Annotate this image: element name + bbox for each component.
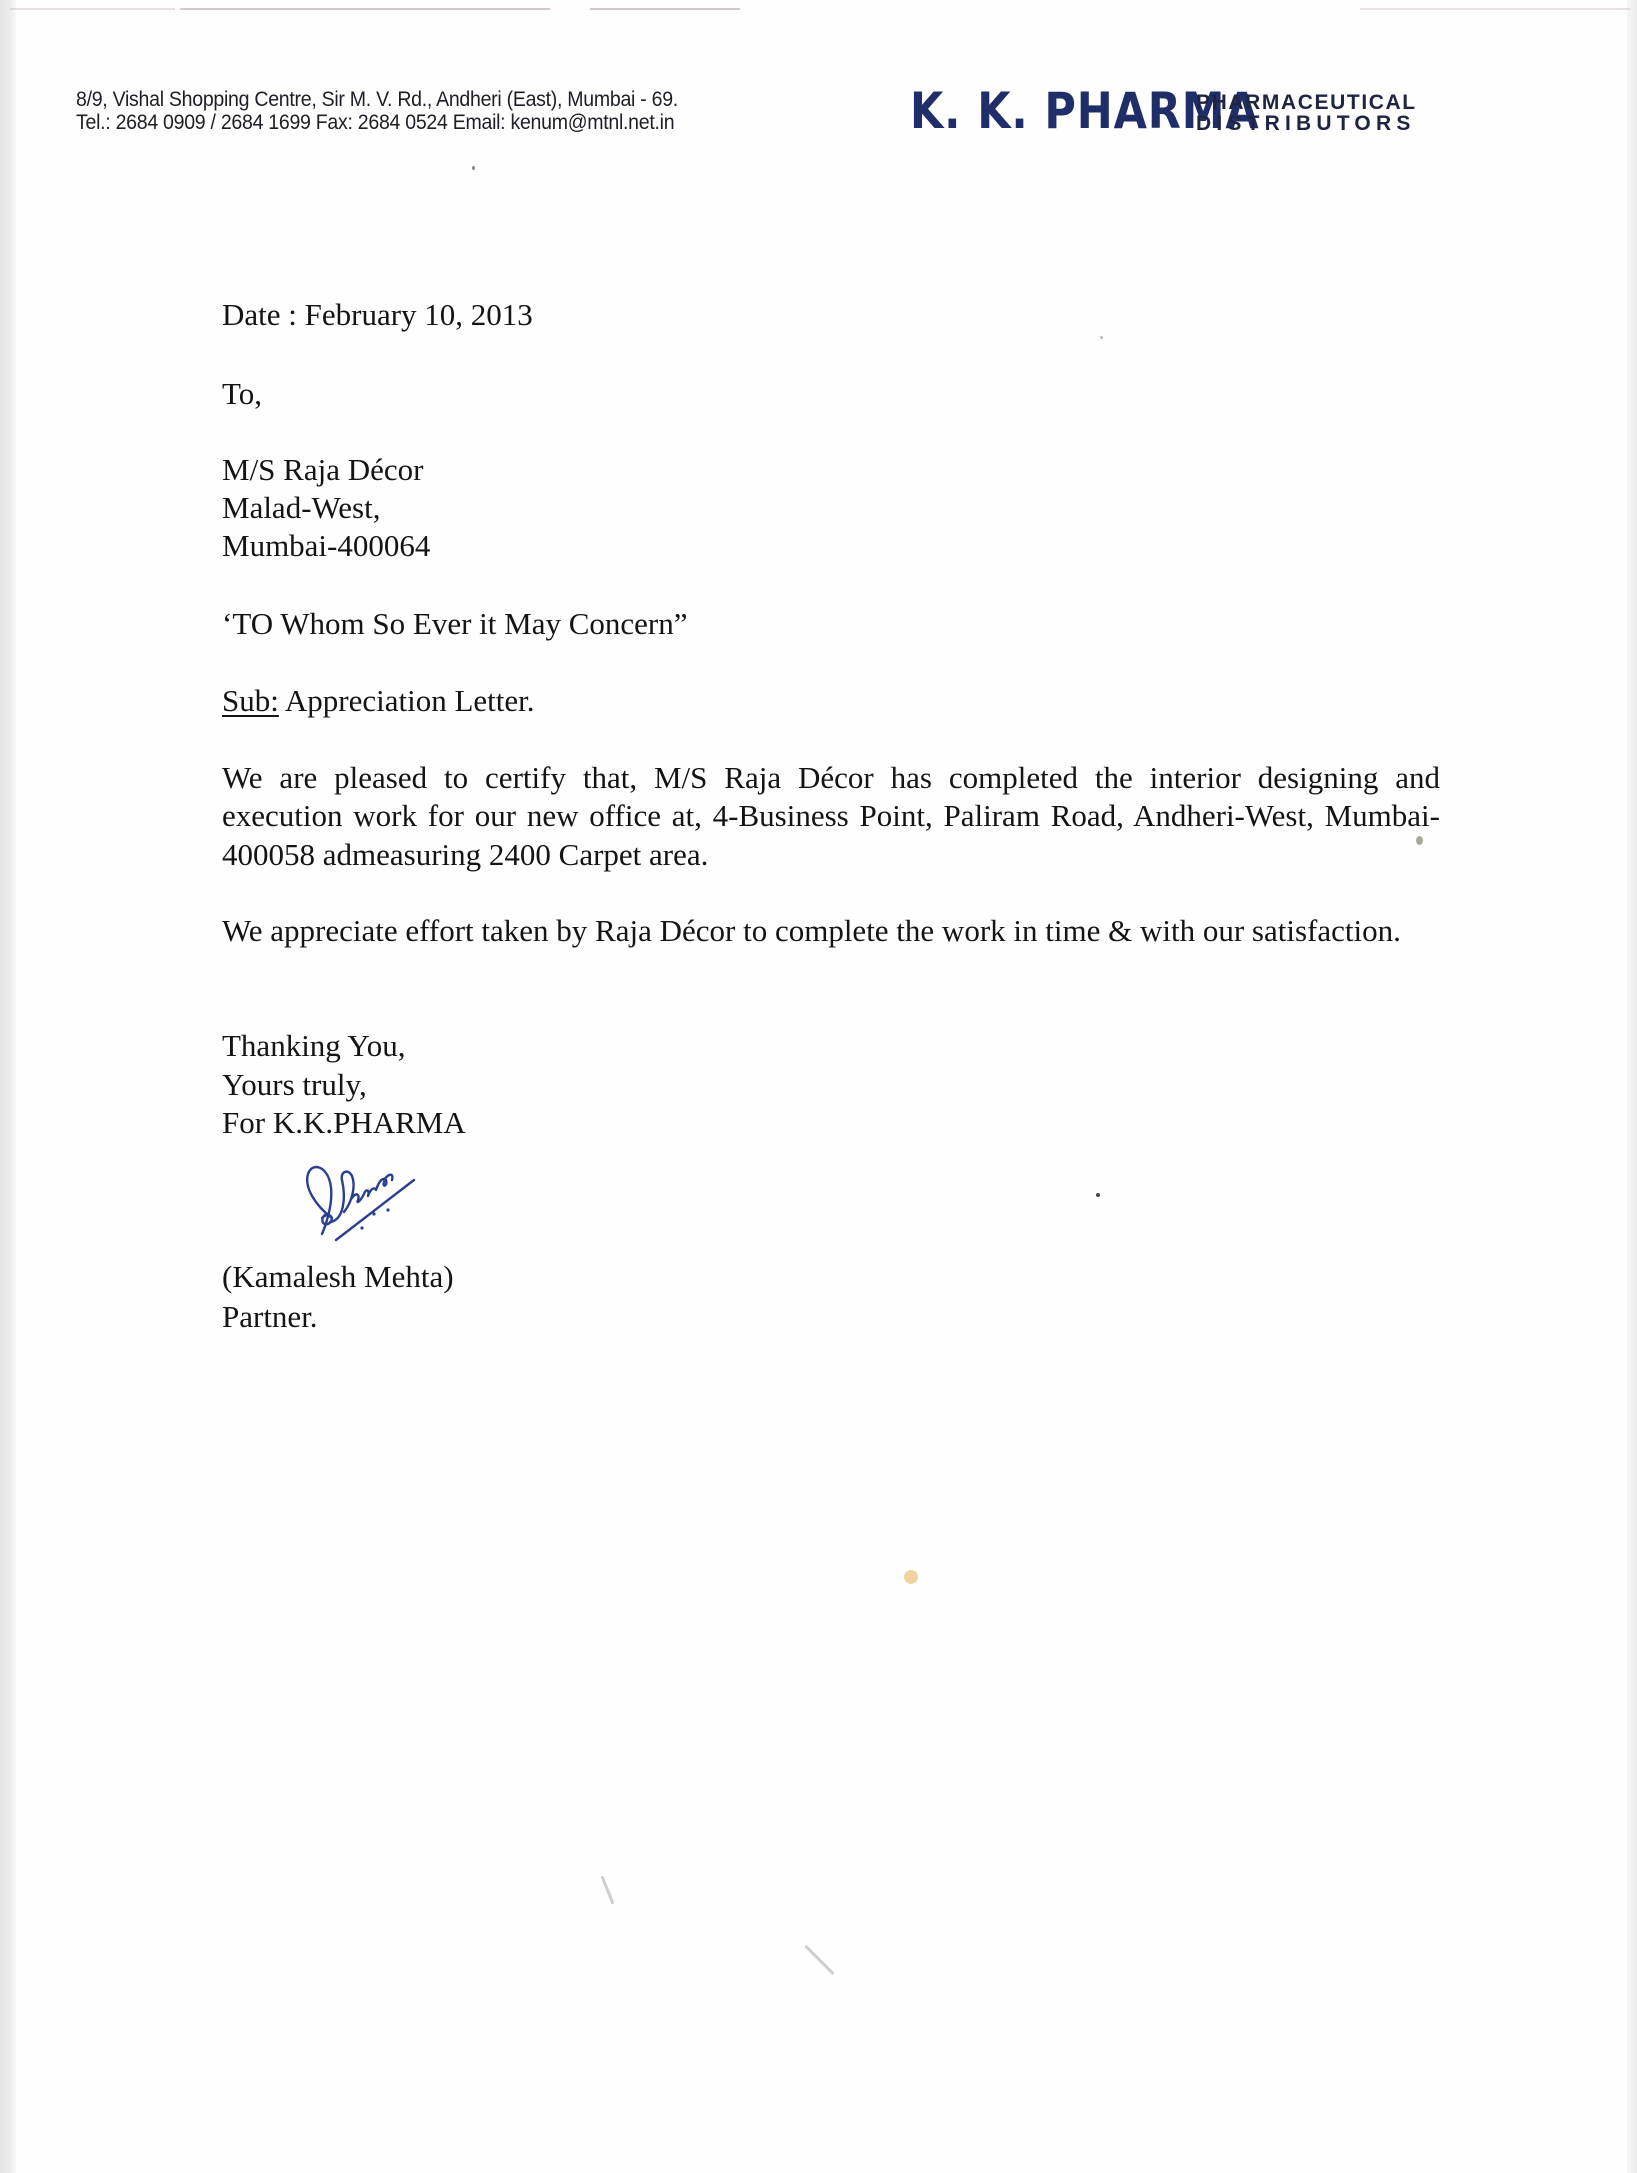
- company-tagline: PHARMACEUTICAL DISTRIBUTORS: [1196, 92, 1417, 134]
- scan-right-edge: [1627, 0, 1637, 2173]
- body-paragraph: We are pleased to certify that, M/S Raja…: [222, 759, 1440, 874]
- scan-top-mark: [590, 8, 740, 10]
- address-line: 8/9, Vishal Shopping Centre, Sir M. V. R…: [76, 88, 678, 111]
- recipient-name: M/S Raja Décor: [222, 451, 423, 489]
- contact-line: Tel.: 2684 0909 / 2684 1699 Fax: 2684 05…: [76, 111, 678, 134]
- recipient-address-line: Malad-West,: [222, 489, 380, 527]
- closing-yours: Yours truly,: [222, 1066, 367, 1104]
- letter-page: 8/9, Vishal Shopping Centre, Sir M. V. R…: [0, 0, 1637, 2173]
- closing-thanks: Thanking You,: [222, 1027, 405, 1065]
- body-paragraph: We appreciate effort taken by Raja Décor…: [222, 912, 1440, 950]
- scan-streak: [600, 1876, 614, 1905]
- scan-speck: [904, 1570, 918, 1584]
- signature-icon: [296, 1158, 426, 1242]
- letterhead-address: 8/9, Vishal Shopping Centre, Sir M. V. R…: [76, 88, 678, 134]
- subject-text: Appreciation Letter.: [279, 683, 535, 718]
- scan-streak: [804, 1945, 834, 1975]
- letter-date: Date : February 10, 2013: [222, 296, 533, 334]
- scan-top-mark: [1360, 8, 1630, 10]
- recipient-address-line: Mumbai-400064: [222, 527, 430, 565]
- scan-top-mark: [180, 8, 550, 10]
- concern-line: ‘TO Whom So Ever it May Concern”: [222, 605, 687, 643]
- closing-company: For K.K.PHARMA: [222, 1104, 466, 1142]
- scan-speck: [472, 166, 475, 170]
- salutation-to: To,: [222, 375, 262, 413]
- scan-top-mark: [10, 8, 175, 10]
- subject-line: Sub: Appreciation Letter.: [222, 682, 535, 720]
- tagline-line: PHARMACEUTICAL: [1196, 92, 1417, 113]
- tagline-line: DISTRIBUTORS: [1196, 113, 1417, 134]
- scan-speck: [1100, 336, 1103, 339]
- scan-left-edge: [0, 0, 16, 2173]
- signatory-name: (Kamalesh Mehta): [222, 1258, 454, 1296]
- subject-label: Sub:: [222, 683, 279, 718]
- scan-speck: [1096, 1193, 1100, 1197]
- signatory-title: Partner.: [222, 1298, 318, 1336]
